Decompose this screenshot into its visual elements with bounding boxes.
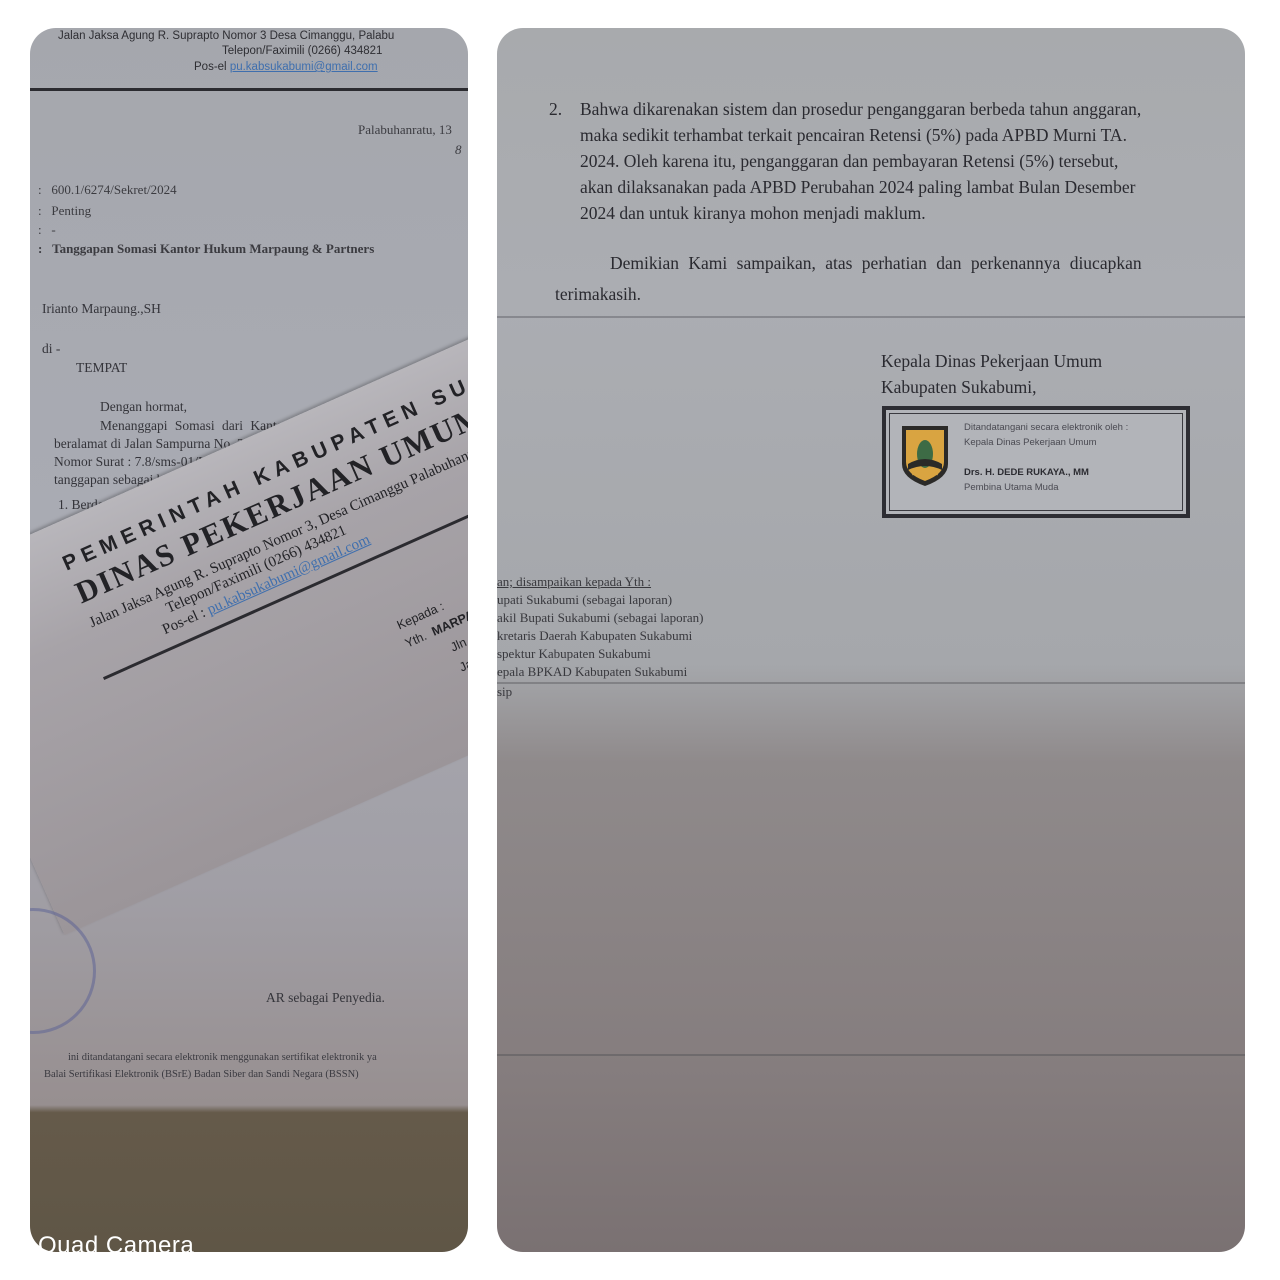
cc-item-6: sip [497,684,512,700]
right-photo-panel: 2. Bahwa dikarenakan sistem dan prosedur… [497,28,1245,1252]
signature-line-2: Kepala Dinas Pekerjaan Umum [964,437,1097,448]
point-2-line-3: 2024. Oleh karena itu, penganggaran dan … [580,148,1118,174]
signature-line-1: Ditandatangani secara elektronik oleh : [964,422,1128,433]
email-label: Pos-el [194,61,227,73]
provider-tail: AR sebagai Penyedia. [266,990,385,1006]
cc-item-3: kretaris Daerah Kabupaten Sukabumi [497,628,692,644]
point-2-line-4: akan dilaksanakan pada APBD Perubahan 20… [580,174,1135,200]
point-2-line-5: 2024 dan untuk kiranya mohon menjadi mak… [580,200,926,226]
envelope: PEMERINTAH KABUPATEN SUKABUMI DINAS PEKE… [30,279,468,935]
point-2-line-1: Bahwa dikarenakan sistem dan prosedur pe… [580,96,1141,122]
cc-heading: an; disampaikan kepada Yth : [497,574,651,590]
closing-line-1: Demikian Kami sampaikan, atas perhatian … [610,250,1142,276]
signer-title-2: Kabupaten Sukabumi, [881,374,1037,400]
letterhead-email-link[interactable]: pu.kabsukabumi@gmail.com [230,61,378,73]
signer-title-1: Kepala Dinas Pekerjaan Umum [881,348,1102,374]
greeting: Dengan hormat, [100,399,187,415]
official-stamp [30,908,96,1034]
sukabumi-crest-icon [900,424,950,488]
letterhead-phone: Telepon/Faximili (0266) 434821 [222,45,382,57]
point-2-number: 2. [549,96,562,122]
cc-item-4: spektur Kabupaten Sukabumi [497,646,651,662]
recipient-name: Irianto Marpaung.,SH [42,301,161,317]
point-2-line-2: maka sedikit terhambat terkait pencairan… [580,122,1127,148]
place-date: Palabuhanratu, 13 [358,122,452,138]
meta-number: : 600.1/6274/Sekret/2024 [38,182,177,198]
cc-item-5: epala BPKAD Kabupaten Sukabumi [497,664,687,680]
letterhead-email-row: Pos-el pu.kabsukabumi@gmail.com [194,61,378,73]
esign-note-1: ini ditandatangani secara elektronik men… [68,1052,377,1063]
left-photo-panel: Jalan Jaksa Agung R. Suprapto Nomor 3 De… [30,28,468,1252]
meta-subject: : Tanggapan Somasi Kantor Hukum Marpaung… [38,241,374,257]
paper-fold-3 [497,1054,1245,1056]
paper-fold-2 [497,682,1245,684]
cc-item-1: upati Sukabumi (sebagai laporan) [497,592,672,608]
signer-rank: Pembina Utama Muda [964,482,1059,493]
electronic-signature-box: Ditandatangani secara elektronik oleh : … [882,406,1190,518]
letterhead-rule [30,88,468,91]
meta-attachment: : - [38,222,56,238]
cc-item-2: akil Bupati Sukabumi (sebagai laporan) [497,610,704,626]
letterhead-address: Jalan Jaksa Agung R. Suprapto Nomor 3 De… [58,30,394,42]
meta-nature: : Penting [38,203,91,219]
closing-line-2: terimakasih. [555,281,641,307]
recipient-place: TEMPAT [76,360,127,376]
recipient-di: di - [42,341,60,357]
place-date-line2: 8 [455,142,462,158]
esign-note-2: Balai Sertifikasi Elektronik (BSrE) Bada… [44,1069,359,1080]
camera-watermark: Quad Camera [38,1232,194,1260]
paper-fold-1 [497,316,1245,318]
signer-name: Drs. H. DEDE RUKAYA., MM [964,467,1089,478]
